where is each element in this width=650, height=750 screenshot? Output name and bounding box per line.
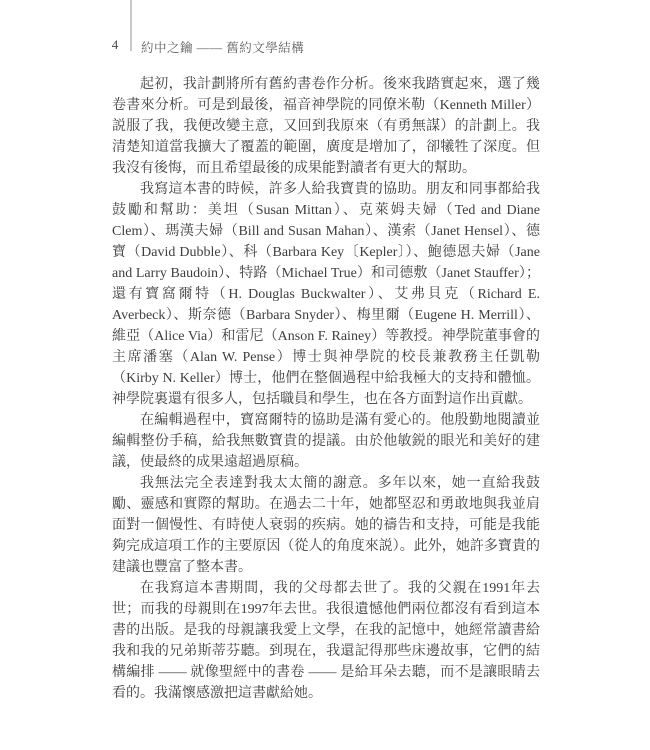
paragraph-acknowledgements-colleagues: 我寫這本書的時候，許多人給我寶貴的協助。朋友和同事都給我鼓勵和幫助：美坦（Sus…: [112, 179, 540, 410]
book-page: 4 約中之鑰 —— 舊約文學結構 起初，我計劃將所有舊約書卷作分析。後來我踏實起…: [0, 0, 650, 750]
paragraph-intro-plan: 起初，我計劃將所有舊約書卷作分析。後來我踏實起來，選了幾卷書來分析。可是到最後，…: [112, 74, 540, 179]
paragraph-editing-help: 在編輯過程中，寶窩爾特的協助是滿有愛心的。他殷勤地閱讀並編輯整份手稿，給我無數寶…: [112, 410, 540, 473]
paragraph-dedication-parents: 在我寫這本書期間，我的父母都去世了。我的父親在1991年去世；而我的母親則在19…: [112, 578, 540, 704]
paragraph-thanks-wife: 我無法完全表達對我太太簡的謝意。多年以來，她一直給我鼓勵、靈感和實際的幫助。在過…: [112, 473, 540, 578]
running-title: 約中之鑰 —— 舊約文學結構: [141, 38, 304, 56]
text-block: 起初，我計劃將所有舊約書卷作分析。後來我踏實起來，選了幾卷書來分析。可是到最後，…: [112, 74, 540, 704]
page-number: 4: [106, 37, 124, 53]
header-divider-rule: [130, 0, 132, 51]
